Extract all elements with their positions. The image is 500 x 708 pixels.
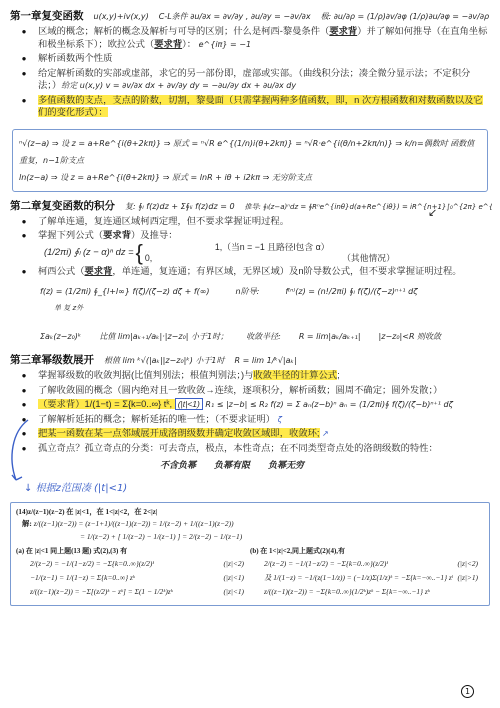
bullet-icon: ● xyxy=(10,94,38,119)
equation-condition: (|z|>1) xyxy=(453,571,484,585)
hw-series: Σaₖ(z−z₀)ᵏ xyxy=(40,332,81,341)
hw-blue-note-text: 根据z范围凑 (|t|<1) xyxy=(36,483,128,494)
text-segment: ）： xyxy=(182,39,196,49)
bullet-icon: ● xyxy=(10,398,38,412)
equation-row: 2/(z−2) = −1/(1−z/2) = −Σ{k=0..∞}(z/2)ᵏ(… xyxy=(250,557,484,571)
text-segment: ; xyxy=(337,370,340,380)
equation-condition: (|z|<2) xyxy=(219,557,250,571)
equation-formula: z/((z−1)(z−2)) = −Σ{k=0..∞}(1/2ᵏ)zᵏ − Σ{… xyxy=(264,585,430,599)
list-item: ● 掌握下列公式（要求背）及推导： (1/2πi) ∮ₗ (z − α)ⁿ dz… xyxy=(10,229,492,264)
chapter2-hw-derivation: 推导: ∮ₗ(z−a)ⁿdz = ∮Rⁿe^{inθ}d(a+Re^{iθ}) … xyxy=(245,202,492,212)
equation-formula: 及 1/(1−z) = −1/(z(1−1/z)) = (−1/z)Σ(1/z)… xyxy=(264,571,453,585)
text-segment: （要求背）1/(1−t) = Σ{k=0..∞} tᵏ, xyxy=(38,399,175,409)
chapter3-hw-radius: R = lim 1/ᵏ√|aₖ| xyxy=(235,356,297,365)
bullet-icon: ● xyxy=(10,52,38,66)
solution-part-a: (a) 在 |z|<1 同上题(13 题) 式(2),(3) 有 2/(z−2)… xyxy=(16,545,250,599)
text-segment: 了解收敛圆的概念（圆内绝对且一致收敛→连续，逐项积分，解析函数；圆周不确定；圆外… xyxy=(38,385,442,395)
bullet-icon: ● xyxy=(10,265,38,279)
text-segment: 掌握下列公式（ xyxy=(38,230,103,240)
bullet-icon: ● xyxy=(10,229,38,264)
chapter1-hw-polar: 极: ∂u/∂ρ = (1/ρ)∂v/∂φ (1/ρ)∂u/∂φ = −∂v/∂… xyxy=(321,11,489,22)
equation-row: z/((z−1)(z−2)) = −Σ{k=0..∞}(1/2ᵏ)zᵏ − Σ{… xyxy=(250,585,484,599)
hw-ratio-test: 比值 lim|aₖ₊₁/aₖ|·|z−z₀| 小于1时； xyxy=(99,331,228,342)
hw-nderiv-label: n阶导: xyxy=(236,286,260,297)
bullet-icon: ● xyxy=(10,25,38,51)
hw-root-branch-line: ⁿ√(z−a) ⇒ 设 z = a+Re^{i(θ+2kπ)} ⇒ 原式 = ⁿ… xyxy=(19,135,481,169)
brace-glyph: { xyxy=(134,243,145,263)
text-segment: ，单连通，复连通；有界区域，无界区域）及n阶导数公式，但不要求掌握证明过程。 xyxy=(112,266,461,276)
bullet-icon: ● xyxy=(10,67,38,93)
text-segment: ）及推导： xyxy=(131,230,178,240)
hw-nth-derivative: f⁽ⁿ⁾(z) = (n!/2πi) ∮ₗ f(ζ)/(ζ−z)ⁿ⁺¹ dζ xyxy=(285,287,417,296)
text-segment: 给定 u(x,y) v = ∂v/∂x dx + ∂v/∂y dy = −∂u/… xyxy=(61,81,296,90)
notes-page: { "colors":{"highlight":"#ffe94a","box_b… xyxy=(0,0,500,708)
chapter1-bullet-list: ●区域的概念；解析的概念及解析与可导的区别；什么是柯西-黎曼条件（要求背）并了解… xyxy=(10,25,492,119)
text-segment: 多值函数的支点，支点的阶数，切割，黎曼面（只需掌握两种多值函数，即，n 次方根函… xyxy=(38,95,483,118)
blue-curved-arrow xyxy=(6,418,32,498)
chapter1-title: 第一章复变函数 xyxy=(10,8,84,23)
list-item: ●区域的概念；解析的概念及解析与可导的区别；什么是柯西-黎曼条件（要求背）并了解… xyxy=(10,25,492,51)
hw-blue-note: ↓ 根据z范围凑 (|t|<1) xyxy=(24,479,492,494)
solution-label: 解: xyxy=(22,519,32,528)
equation-row: 2/(z−2) = −1/(1−z/2) = −Σ{k=0..∞}(z/2)ᵏ(… xyxy=(16,557,250,571)
equation-formula: 2/(z−2) = −1/(1−z/2) = −Σ{k=0..∞}(z/2)ᵏ xyxy=(264,557,388,571)
text-segment: ↗ xyxy=(320,429,329,438)
bullet-icon: ● xyxy=(10,384,38,398)
hw-arrow-annotation: ↙ xyxy=(428,206,437,219)
chapter3-bullet-list: ●掌握幂级数的收敛判据(比值判别法；根值判别法；)与收敛半径的计算公式; ●了解… xyxy=(10,369,492,455)
document-page: 第一章复变函数 u(x,y)+iv(x,y) C-L条件 ∂u/∂x = ∂v/… xyxy=(0,0,500,606)
list-item: ●孤立奇点？孤立奇点的分类：可去奇点，极点，本性奇点；在不同类型奇点处的洛朗级数… xyxy=(10,442,492,456)
hw-power-series-row: Σaₖ(z−z₀)ᵏ 比值 lim|aₖ₊₁/aₖ|·|z−z₀| 小于1时； … xyxy=(40,331,492,342)
text-segment: 孤立奇点？孤立奇点的分类：可去奇点，极点，本性奇点；在不同类型奇点处的洛朗级数的… xyxy=(38,443,438,453)
chapter2-title: 第二章复变函数的积分 xyxy=(10,198,115,213)
text-segment: 解析函数两个性质 xyxy=(38,53,112,63)
piecewise-case2-label: （其他情况） xyxy=(342,253,395,264)
list-item: ●了解解析延拓的概念；解析延拓的唯一性；（不要求证明） ζ xyxy=(10,413,492,427)
chapter2-hw-contour: 复: ∮ₗ f(z)dz + Σ∮ₗᵢ f(z)dz = 0 xyxy=(125,201,235,212)
solution-line-2: = 1/(z−2) + [ 1/(z−2) − 1/(z−1) ] = 2/(z… xyxy=(80,530,484,543)
text-segment: 要求背 xyxy=(154,39,182,49)
equation-row: −1/(z−1) = 1/(1−z) = Σ{k=0..∞} zᵏ(|z|<1) xyxy=(16,571,250,585)
text-segment: 要求背 xyxy=(103,230,131,240)
part-a-header: (a) 在 |z|<1 同上题(13 题) 式(2),(3) 有 xyxy=(16,545,250,557)
chapter3-title: 第三章幂级数展开 xyxy=(10,352,94,367)
bullet-icon: ● xyxy=(10,369,38,383)
equation-condition xyxy=(474,585,484,599)
chapter1-hw-function: u(x,y)+iv(x,y) xyxy=(94,12,149,21)
hw-convergence-condition: |z−z₀|<R 则收敛 xyxy=(379,331,442,342)
part-a-equations: 2/(z−2) = −1/(1−z/2) = −Σ{k=0..∞}(z/2)ᵏ(… xyxy=(16,557,250,599)
list-item: ●掌握幂级数的收敛判据(比值判别法；根值判别法；)与收敛半径的计算公式; xyxy=(10,369,492,383)
list-item: ●了解收敛圆的概念（圆内绝对且一致收敛→连续，逐项积分，解析函数；圆周不确定；圆… xyxy=(10,384,492,398)
text-segment: 要求背 xyxy=(85,266,113,276)
chapter1-hw-cauchy-riemann: C-L条件 ∂u/∂x = ∂v/∂y , ∂u/∂y = −∂v/∂x xyxy=(159,11,311,22)
text-segment: ζ xyxy=(275,415,282,424)
text-segment: e^{iπ} = −1 xyxy=(196,40,251,49)
text-segment: 掌握幂级数的收敛判据(比值判别法；根值判别法；)与 xyxy=(38,370,253,380)
chapter2-bullet-list: ●了解单连通，复连通区域柯西定理，但不要求掌握证明过程。 ● 掌握下列公式（要求… xyxy=(10,215,492,279)
equation-formula: −1/(z−1) = 1/(1−z) = Σ{k=0..∞} zᵏ xyxy=(30,571,135,585)
hw-singularity-types-row: 不含负幂 负幂有限 负幂无穷 xyxy=(160,455,492,473)
text-segment: 柯西公式（ xyxy=(38,266,85,276)
solution-part-b: (b) 在 1<|z|<2,同上题式(2)(4),有 2/(z−2) = −1/… xyxy=(250,545,484,599)
hw-log-branch-line: ln(z−a) ⇒ 设 z = a+Re^{i(θ+2kπ)} ⇒ 原式 = l… xyxy=(19,169,481,186)
text-segment: 把某一函数在某一点邻域展开成洛朗级数并确定收敛区域即，收敛环; xyxy=(38,428,320,438)
list-item: ●了解单连通，复连通区域柯西定理，但不要求掌握证明过程。 xyxy=(10,215,492,229)
equation-row: 及 1/(1−z) = −1/(z(1−1/z)) = (−1/z)Σ(1/z)… xyxy=(250,571,484,585)
text-segment: (|t|<1) xyxy=(175,398,203,410)
laurent-problem-box: (14)z/(z−1)(z−2) 在 |z|<1，在 1<|z|<2，在 2<|… xyxy=(10,502,490,606)
list-item: ●柯西公式（要求背，单连通，复连通；有界区域，无界区域）及n阶导数公式，但不要求… xyxy=(10,265,492,279)
list-item: ●把某一函数在某一点邻域展开成洛朗级数并确定收敛区域即，收敛环; ↗ xyxy=(10,427,492,441)
part-b-equations: 2/(z−2) = −1/(1−z/2) = −Σ{k=0..∞}(z/2)ᵏ(… xyxy=(250,557,484,599)
equation-row: z/((z−1)(z−2)) = −Σ[(z/2)ᵏ − zᵏ] = Σ(1 −… xyxy=(16,585,250,599)
hw-cauchy-subnotes: 单 复 z外 xyxy=(54,297,492,315)
formula-bullet: 掌握下列公式（要求背）及推导： (1/2πi) ∮ₗ (z − α)ⁿ dz =… xyxy=(38,229,492,264)
hw-radius-label: 收敛半径: xyxy=(246,331,281,342)
chapter1-heading-row: 第一章复变函数 u(x,y)+iv(x,y) C-L条件 ∂u/∂x = ∂v/… xyxy=(10,8,492,23)
solution-columns: (a) 在 |z|<1 同上题(13 题) 式(2),(3) 有 2/(z−2)… xyxy=(16,545,484,599)
piecewise-case2-value: 0, xyxy=(145,253,152,264)
text-segment: 了解解析延拓的概念；解析延拓的唯一性；（不要求证明） xyxy=(38,414,275,424)
text-segment: 了解单连通，复连通区域柯西定理，但不要求掌握证明过程。 xyxy=(38,216,289,226)
piecewise-lhs: (1/2πi) ∮ₗ (z − α)ⁿ dz = xyxy=(44,246,134,259)
list-item: ●（要求背）1/(1−t) = Σ{k=0..∞} tᵏ, (|t|<1) R₁… xyxy=(10,398,492,412)
solution-line-1: 解: z/((z−1)(z−2)) = (z−1+1)/((z−1)(z−2))… xyxy=(22,517,484,530)
chapter2-heading-row: 第二章复变函数的积分 复: ∮ₗ f(z)dz + Σ∮ₗᵢ f(z)dz = … xyxy=(10,198,492,213)
page-number-badge: 1 xyxy=(461,685,474,698)
piecewise-case1: 1,（当n = −1 且路径l包含 α） xyxy=(145,242,395,253)
hw-cauchy-integral: f(z) = (1/2πi) ∮_{l+l∞} f(ζ)/(ζ−z) dζ + … xyxy=(40,287,210,296)
text-segment: 收敛半径的计算公式 xyxy=(253,370,337,380)
part-b-header: (b) 在 1<|z|<2,同上题式(2)(4),有 xyxy=(250,545,484,557)
problem-statement: (14)z/(z−1)(z−2) 在 |z|<1，在 1<|z|<2，在 2<|… xyxy=(16,507,484,517)
chapter3-hw-root-test: 根值 lim ᵏ√(|aₖ||z−z₀|ᵏ) 小于1时 xyxy=(104,355,225,366)
hw-singularity-types: 不含负幂 负幂有限 负幂无穷 xyxy=(160,461,304,471)
handwritten-branch-point-box: ⁿ√(z−a) ⇒ 设 z = a+Re^{i(θ+2kπ)} ⇒ 原式 = ⁿ… xyxy=(12,129,488,192)
chapter3-heading-row: 第三章幂级数展开 根值 lim ᵏ√(|aₖ||z−z₀|ᵏ) 小于1时 R =… xyxy=(10,352,492,367)
hw-cauchy-formula-row: f(z) = (1/2πi) ∮_{l+l∞} f(ζ)/(ζ−z) dζ + … xyxy=(40,286,492,297)
equation-formula: z/((z−1)(z−2)) = −Σ[(z/2)ᵏ − zᵏ] = Σ(1 −… xyxy=(30,585,173,599)
text-segment: R₁ ≤ |z−b| ≤ R₂ f(z) = Σ aₙ(z−b)ⁿ aₙ = (… xyxy=(203,400,453,409)
equation-condition: (|z|<1) xyxy=(219,585,250,599)
text-segment: 区域的概念；解析的概念及解析与可导的区别；什么是柯西-黎曼条件（ xyxy=(38,26,329,36)
equation-formula: 2/(z−2) = −1/(1−z/2) = −Σ{k=0..∞}(z/2)ᵏ xyxy=(30,557,154,571)
list-item: ●解析函数两个性质 xyxy=(10,52,492,66)
text-segment: 要求背 xyxy=(329,26,357,36)
hw-radius-formula: R = lim|aₖ/aₖ₊₁| xyxy=(299,332,361,341)
list-item: ●多值函数的支点，支点的阶数，切割，黎曼面（只需掌握两种多值函数，即，n 次方根… xyxy=(10,94,492,119)
bullet-icon: ● xyxy=(10,215,38,229)
piecewise-formula: (1/2πi) ∮ₗ (z − α)ⁿ dz = { 1,（当n = −1 且路… xyxy=(44,242,395,264)
equation-condition: (|z|<1) xyxy=(219,571,250,585)
list-item: ●给定解析函数的实部或虚部，求它的另一部份即，虚部或实部。（曲线积分法；凑全微分… xyxy=(10,67,492,93)
equation-condition: (|z|<2) xyxy=(453,557,484,571)
